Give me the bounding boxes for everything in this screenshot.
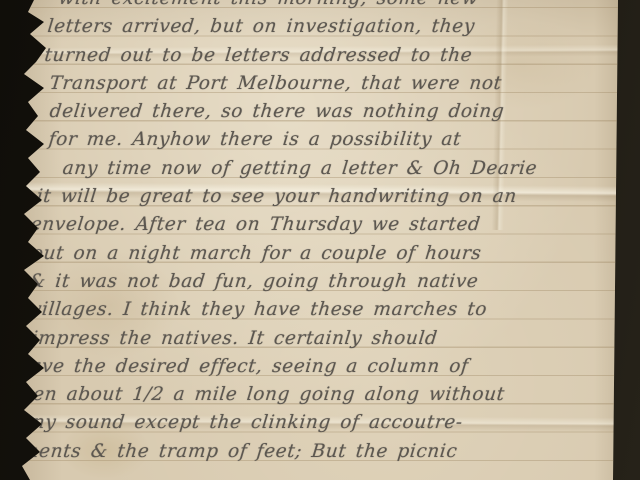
handwritten-line: ments & the tramp of feet; But the picni… [19,438,572,466]
handwritten-line: & it was not bad fun, going through nati… [27,268,590,296]
handwritten-line: delivered there, so there was nothing do… [48,98,608,126]
handwritten-line: turned out to be letters addressed to th… [43,42,614,70]
handwritten-line: any time now of getting a letter & Oh De… [61,155,602,183]
letter-body-text: with excitement this morning, some new l… [0,0,620,466]
handwritten-line: any sound except the clinking of accoutr… [19,409,575,437]
handwritten-line: for me. Anyhow there is a possibility at [47,126,605,154]
handwritten-line: men about 1/2 a mile long going along wi… [13,381,578,409]
handwritten-line: impress the natives. It certainly should [30,325,584,353]
handwritten-line: villages. I think they have these marche… [29,296,587,324]
letter-page: with excitement this morning, some new l… [0,0,640,480]
handwritten-line: out on a night march for a couple of hou… [30,240,593,268]
handwritten-line: with excitement this morning, some new [57,0,620,13]
scan-background: with excitement this morning, some new l… [0,0,640,480]
handwritten-line: have the desired effect, seeing a column… [16,353,581,381]
handwritten-line: it will be great to see your handwriting… [35,183,599,211]
handwritten-line: envelope. After tea on Thursday we start… [29,211,596,239]
handwritten-line: Transport at Port Melbourne, that were n… [48,70,611,98]
handwritten-line: letters arrived, but on investigation, t… [46,13,617,41]
